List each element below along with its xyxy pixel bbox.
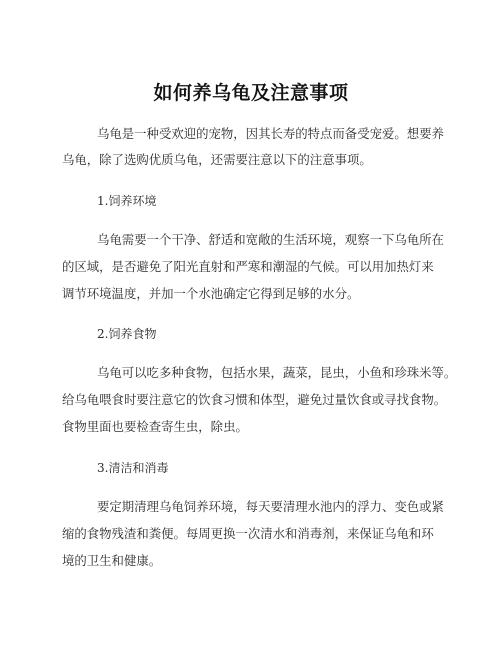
- paragraph-line: 乌龟可以吃多种食物，包括水果，蔬菜，昆虫，小鱼和珍珠米等。: [97, 365, 456, 381]
- intro-line: 乌龟是一种受欢迎的宠物，因其长寿的特点而备受宠爱。想要养: [97, 126, 444, 142]
- paragraph-line: 缩的食物残渣和粪便。每周更换一次清水和消毒剂，来保证乌龟和环: [62, 526, 434, 542]
- section-heading: 2.饲养食物: [97, 326, 156, 342]
- paragraph-line: 要定期清理乌龟饲养环境，每天要清理水池内的浮力、变色或紧: [97, 499, 444, 515]
- paragraph-line: 乌龟需要一个干净、舒适和宽敞的生活环境，观察一下乌龟所在: [97, 232, 444, 248]
- paragraph-line: 调节环境温度，并加一个水池确定它得到足够的水分。: [62, 286, 359, 302]
- paragraph-line: 境的卫生和健康。: [62, 553, 161, 569]
- paragraph-line: 食物里面也要检查寄生虫，除虫。: [62, 419, 248, 435]
- document-page: 如何养乌龟及注意事项 乌龟是一种受欢迎的宠物，因其长寿的特点而备受宠爱。想要养 …: [0, 0, 502, 649]
- paragraph-line: 的区域，是否避免了阳光直射和严寒和潮湿的气候。可以用加热灯来: [62, 259, 434, 275]
- document-title: 如何养乌龟及注意事项: [0, 78, 502, 105]
- paragraph-line: 给乌龟喂食时要注意它的饮食习惯和体型，避免过量饮食或寻找食物。: [62, 392, 446, 408]
- section-heading: 1.饲养环境: [97, 193, 156, 209]
- section-heading: 3.清洁和消毒: [97, 460, 168, 476]
- intro-line: 乌龟，除了选购优质乌龟，还需要注意以下的注意事项。: [62, 152, 372, 168]
